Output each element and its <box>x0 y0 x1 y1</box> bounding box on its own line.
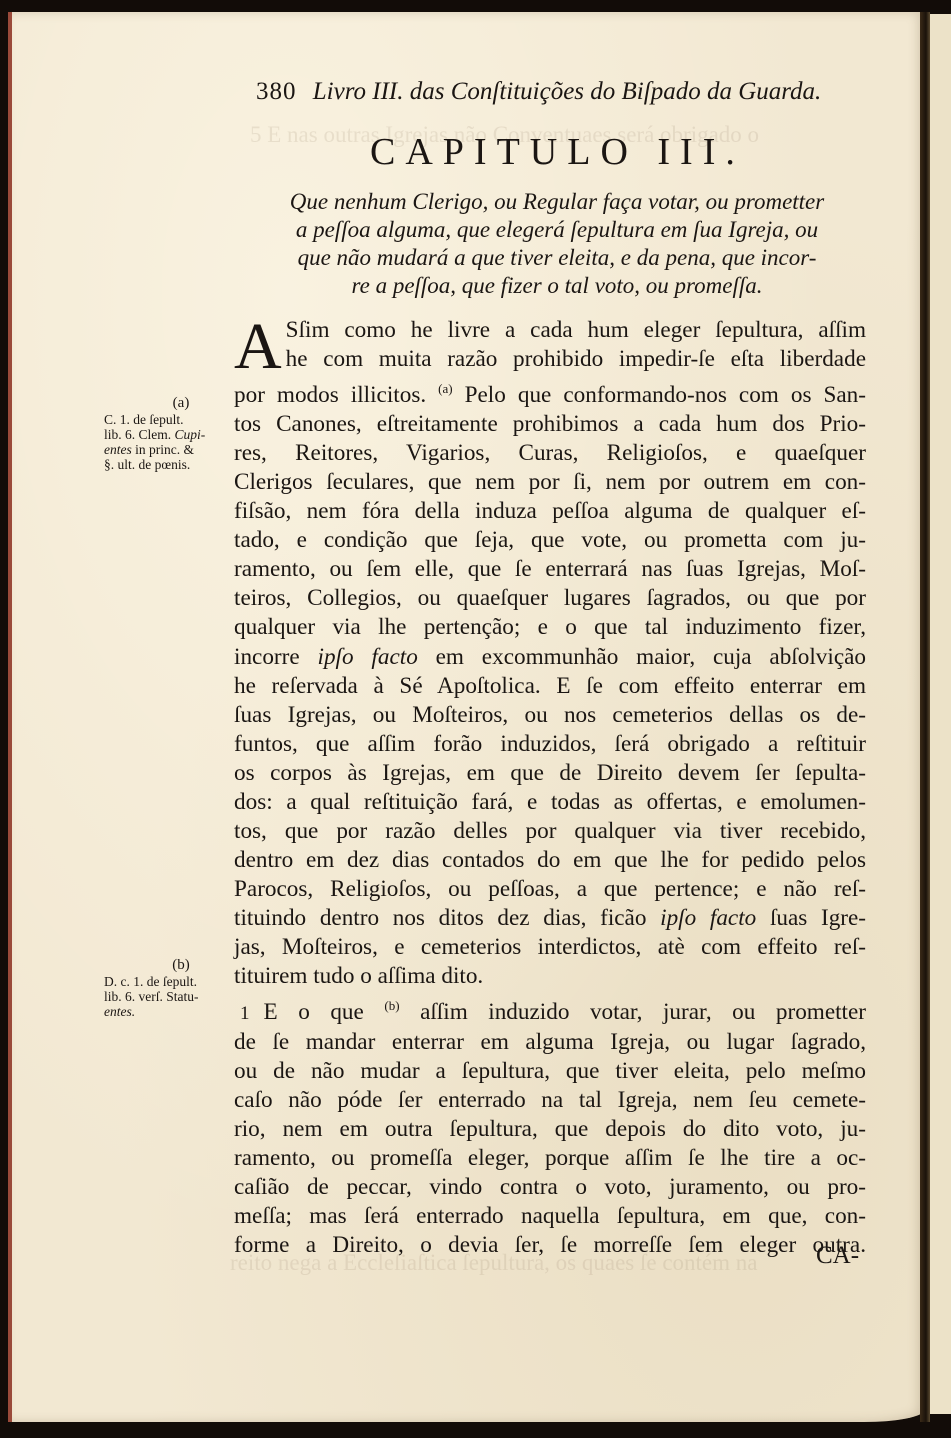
text-line: tituirem tudo o aſſima dito. <box>234 962 866 991</box>
text-line: rio, nem em outra ſepultura, que depois … <box>234 1115 866 1144</box>
text-line: fiſsão, nem fóra della induza peſſoa alg… <box>234 497 866 526</box>
running-title: Livro III. das Conſtituições do Biſpado … <box>313 78 822 105</box>
text-line: forme a Direito, o devia ſer, ſe morreſſ… <box>234 1231 866 1260</box>
note-italic: Cupi- <box>175 427 206 442</box>
text-line: he com muita razão prohibido impedir-ſe … <box>234 345 866 374</box>
latin-phrase: ipſo facto <box>318 644 418 670</box>
text-fragment: E o que <box>264 999 364 1025</box>
paragraph-1-first-line: 1E o que (b) aſſim induzido votar, jurar… <box>234 991 866 1028</box>
text-line: tituindo dentro nos ditos dez dias, ficã… <box>234 904 866 933</box>
text-line: meſſa; mas ſerá enterrado naquella ſepul… <box>234 1202 866 1231</box>
margin-note-b: (b) D. c. 1. de ſepult. lib. 6. verſ. St… <box>104 958 234 1019</box>
text-line: dos: a qual reſtituição fará, e todas as… <box>234 788 866 817</box>
note-line: lib. 6. verſ. Statu- <box>104 989 234 1004</box>
text-line: caſo não póde ſer enterrado na tal Igrej… <box>234 1086 866 1115</box>
note-line: D. c. 1. de ſepult. <box>104 974 234 989</box>
text-line: caſião de peccar, vindo contra o voto, j… <box>234 1173 866 1202</box>
body-text: A Sſim como he livre a cada hum eleger ſ… <box>234 316 866 1261</box>
text-fragment: aſſim induzido votar, jurar, ou promette… <box>420 999 866 1025</box>
text-line: ou de não mudar a ſepultura, que tiver e… <box>234 1057 866 1086</box>
note-line: entes. <box>104 1004 234 1019</box>
text-line: tos Canones, eſtreitamente prohibimos a … <box>234 410 866 439</box>
facing-page-edge <box>930 14 951 1414</box>
note-italic: entes <box>104 442 132 457</box>
text-fragment: incorre <box>234 644 300 670</box>
text-line: os corpos às Igrejas, em que de Direito … <box>234 759 866 788</box>
text-line: por modos illicitos. (a) Pelo que confor… <box>234 374 866 410</box>
text-line: tado, e condição que ſeja, que vote, ou … <box>234 526 866 555</box>
catchword: CA- <box>816 1242 859 1270</box>
text-line: Parocos, Religioſos, ou peſſoas, a que p… <box>234 875 866 904</box>
text-fragment: tituindo dentro nos ditos dez dias, ficã… <box>234 905 646 931</box>
text-fragment: por modos illicitos. <box>234 382 426 408</box>
summary-line: re a peſſoa, que fizer o tal voto, ou pr… <box>232 272 882 300</box>
summary-line: Que nenhum Clerigo, ou Regular faça vota… <box>232 188 882 216</box>
footnote-ref-a[interactable]: (a) <box>438 381 452 396</box>
text-line: teiros, Collegios, ou quaeſquer lugares … <box>234 584 866 613</box>
text-line: incorre ipſo facto em excommunhão maior,… <box>234 643 866 672</box>
summary-line: a peſſoa alguma, que elegerá ſepultura e… <box>232 216 882 244</box>
text-line: ramento, ou promeſſa eleger, porque aſſi… <box>234 1144 866 1173</box>
text-line: funtos, que aſſim forão induzidos, ſerá … <box>234 730 866 759</box>
text-line: Sſim como he livre a cada hum eleger ſep… <box>234 316 866 345</box>
text-line: tos, que por razão delles por qualquer v… <box>234 817 866 846</box>
note-line: §. ult. de pœnis. <box>104 457 234 472</box>
latin-phrase: ipſo facto <box>660 905 756 931</box>
note-line: entes in princ. & <box>104 442 234 457</box>
note-mark: (a) <box>104 396 234 411</box>
text-line: res, Reitores, Vigarios, Curas, Religioſ… <box>234 439 866 468</box>
text-line: qualquer via lhe pertenção; e o que tal … <box>234 613 866 642</box>
chapter-title: CAPITULO III. <box>370 130 745 174</box>
text-line: he reſervada à Sé Apoſtolica. E ſe com e… <box>234 672 866 701</box>
text-line: Clerigos ſeculares, que nem por ſi, nem … <box>234 468 866 497</box>
running-header: 380 Livro III. das Conſtituições do Biſp… <box>256 78 821 106</box>
text-fragment: em excommunhão maior, cuja abſolvição <box>436 644 866 670</box>
text-fragment: Pelo que conformando-nos com os San- <box>465 382 866 408</box>
text-line: jas, Moſteiros, e cemeterios interdictos… <box>234 933 866 962</box>
margin-note-a: (a) C. 1. de ſepult. lib. 6. Clem. Cupi-… <box>104 396 234 472</box>
note-mark: (b) <box>104 958 234 973</box>
text-line: dentro em dez dias contados do em que lh… <box>234 846 866 875</box>
paragraph-number: 1 <box>240 999 250 1028</box>
book-gutter <box>920 12 930 1422</box>
note-line: C. 1. de ſepult. <box>104 412 234 427</box>
text-line: de ſe mandar enterrar em alguma Igreja, … <box>234 1028 866 1057</box>
summary-line: que não mudará a que tiver eleita, e da … <box>232 244 882 272</box>
drop-cap: A <box>234 320 282 374</box>
text-line: ſuas Igrejas, ou Moſteiros, ou nos cemet… <box>234 701 866 730</box>
text-line: ramento, ou ſem elle, que ſe enterrará n… <box>234 555 866 584</box>
text-fragment: ſuas Igre- <box>770 905 866 931</box>
chapter-summary: Que nenhum Clerigo, ou Regular faça vota… <box>232 188 882 300</box>
footnote-ref-b[interactable]: (b) <box>384 998 399 1013</box>
note-line: lib. 6. Clem. Cupi- <box>104 427 234 442</box>
page-number: 380 <box>256 78 297 105</box>
